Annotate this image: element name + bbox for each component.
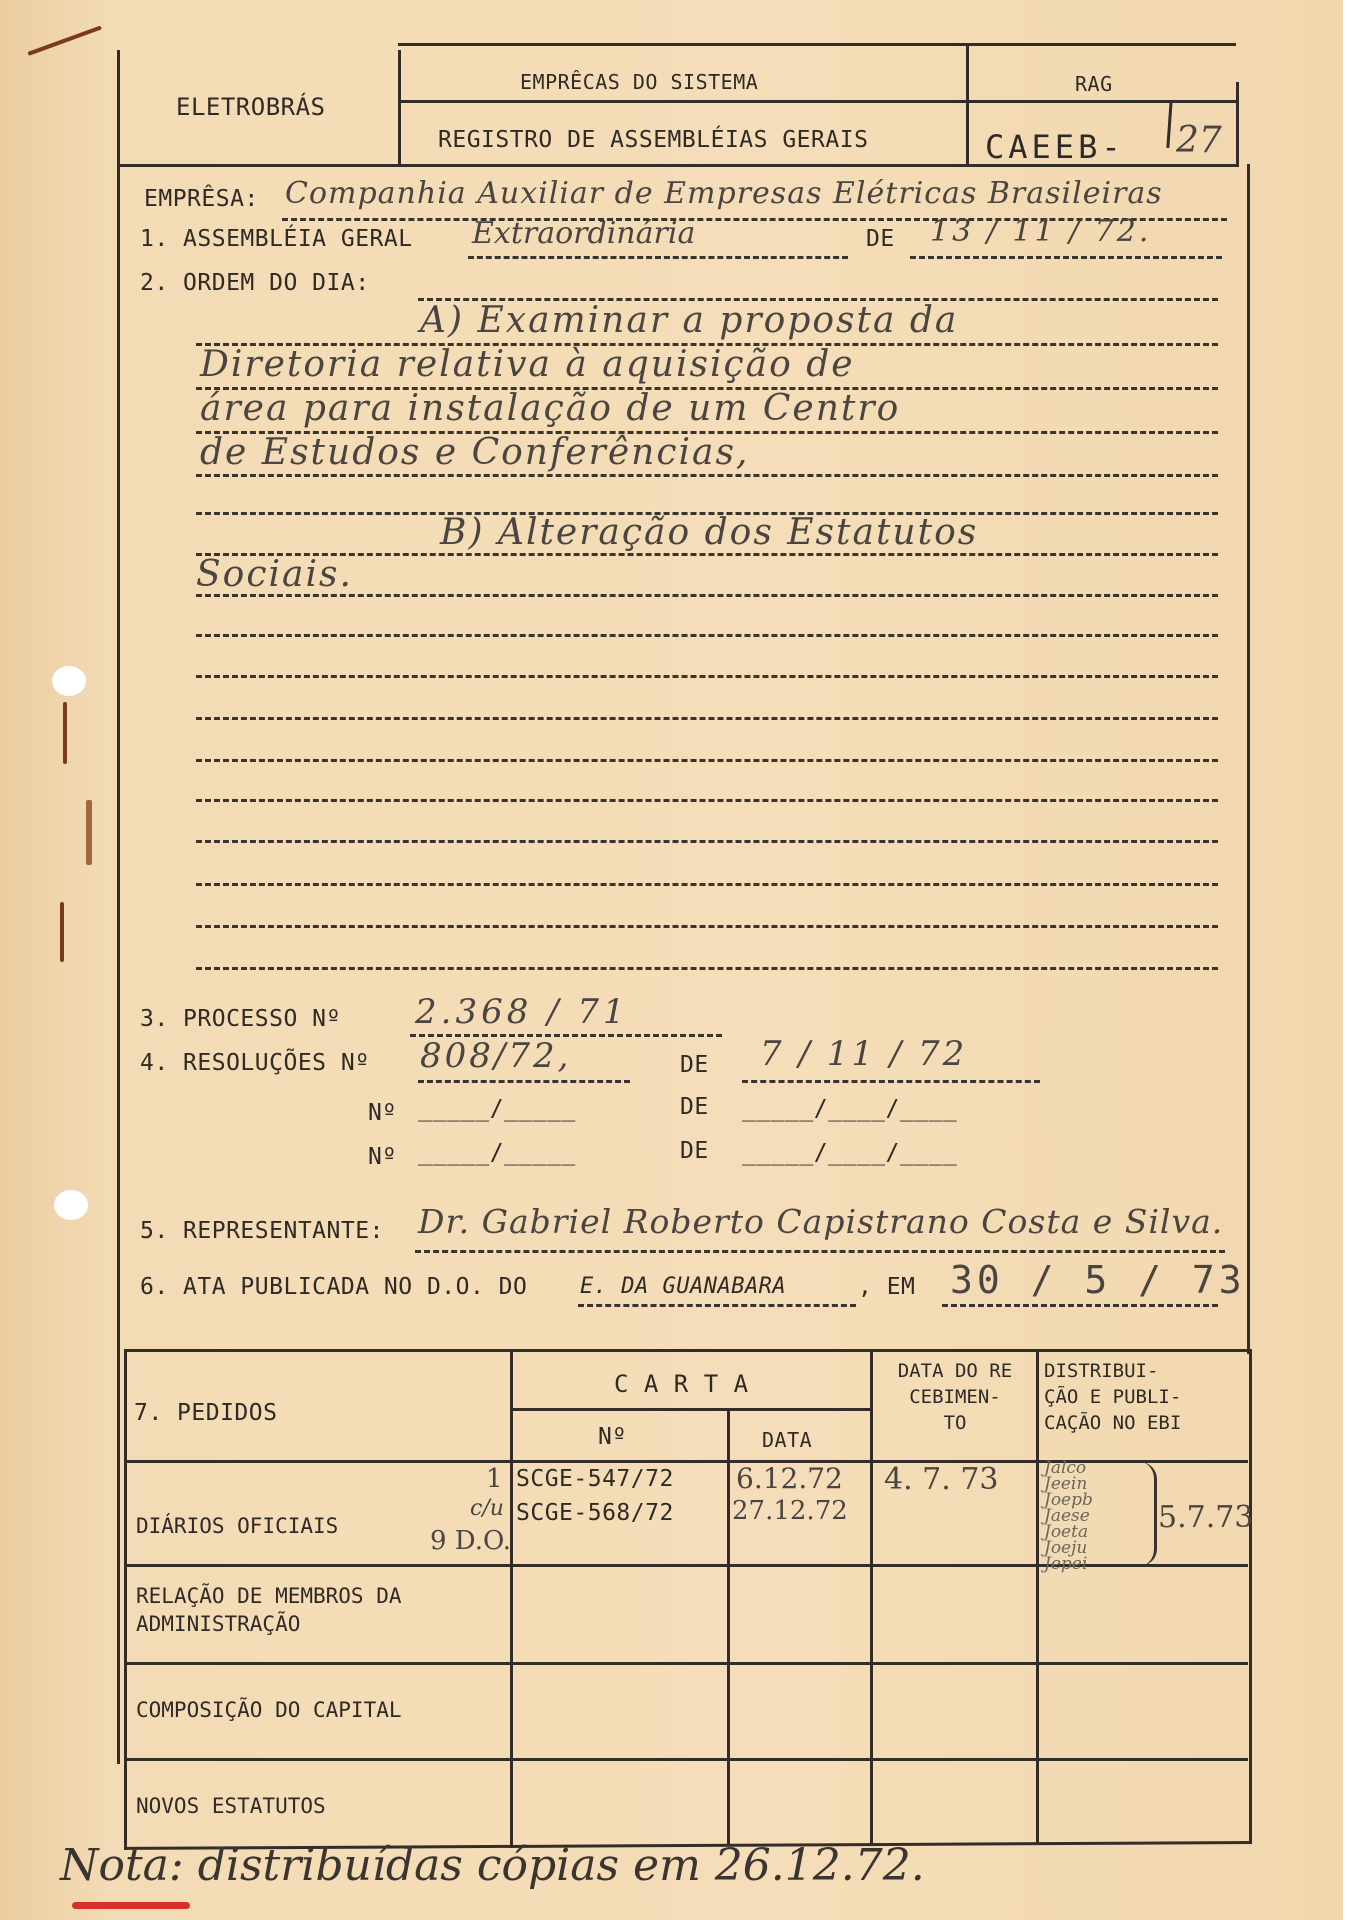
- carta-data-header: DATA: [762, 1428, 812, 1452]
- ata-date-underline: [942, 1304, 1218, 1307]
- ordem-line-4: de Estudos e Conferências,: [200, 432, 749, 473]
- ordem-line-5: B) Alteração dos Estatutos: [440, 512, 978, 553]
- resolucoes-label: 4. RESOLUÇÕES Nº: [140, 1050, 370, 1076]
- resolucao-2-no-label: Nº: [368, 1100, 397, 1126]
- resolucoes-value: 808/72,: [420, 1036, 571, 1076]
- ordem-line-6: Sociais.: [196, 554, 353, 595]
- diarios-annotation-3: 9 D.O.: [430, 1526, 511, 1556]
- ata-label: 6. ATA PUBLICADA NO D.O. DO: [140, 1274, 527, 1300]
- distribuicao-header: DISTRIBUI- ÇÃO E PUBLI- CAÇÃO NO EBI: [1044, 1358, 1248, 1436]
- representante-value: Dr. Gabriel Roberto Capistrano Costa e S…: [418, 1202, 1223, 1241]
- form-right-border: [1247, 164, 1250, 1354]
- processo-value: 2.368 / 71: [415, 992, 629, 1032]
- ordem-line-2: Diretoria relativa à aquisição de: [200, 344, 855, 385]
- carta-header: C A R T A: [614, 1370, 749, 1398]
- assembleia-underline: [468, 256, 848, 259]
- resolucoes-date: 7 / 11 / 72: [760, 1034, 967, 1074]
- punch-hole-bottom: [54, 1190, 88, 1220]
- carta-no-1: SCGE-547/72: [516, 1466, 674, 1492]
- resolucao-3-de-blank: _____/____/____: [742, 1140, 957, 1166]
- header-subtitle: EMPRÊCAS DO SISTEMA: [520, 70, 758, 94]
- scan-edge: [1343, 0, 1347, 1920]
- assembleia-label: 1. ASSEMBLÉIA GERAL: [140, 226, 413, 252]
- recebimento-date: 4. 7. 73: [884, 1462, 999, 1497]
- rust-mark: [86, 800, 92, 865]
- ata-em-label: , EM: [858, 1274, 915, 1300]
- resolucoes-date-underline: [742, 1080, 1040, 1083]
- carta-no-header: Nº: [598, 1424, 627, 1450]
- rust-mark: [60, 902, 64, 962]
- form-left-border: [117, 164, 120, 1764]
- empresa-value: Companhia Auxiliar de Empresas Elétricas…: [285, 176, 1163, 211]
- assembleia-type: Extraordinária: [472, 216, 695, 251]
- ordem-line-1: A) Examinar a proposta da: [420, 300, 958, 341]
- representante-underline: [415, 1250, 1225, 1253]
- pedidos-header: 7. PEDIDOS: [134, 1400, 277, 1426]
- rust-mark: [63, 702, 67, 764]
- rag-code-prefix: CAEEB-: [985, 128, 1125, 166]
- resolucao-2-no-blank: _____/_____: [418, 1096, 576, 1122]
- representante-label: 5. REPRESENTANTE:: [140, 1218, 384, 1244]
- assembleia-de-label: DE: [866, 226, 895, 252]
- row-relacao-membros-label: RELAÇÃO DE MEMBROS DA ADMINISTRAÇÃO: [136, 1582, 476, 1638]
- row-novos-estatutos-label: NOVOS ESTATUTOS: [136, 1792, 326, 1820]
- org-name: ELETROBRÁS: [176, 93, 326, 121]
- diarios-annotation-1: 1: [486, 1464, 503, 1494]
- punch-hole-top: [52, 666, 86, 696]
- rag-code-number: 27: [1176, 120, 1222, 161]
- recebimento-header: DATA DO RE CEBIMEN- TO: [876, 1358, 1034, 1436]
- distribuicao-bracket: [1140, 1462, 1157, 1566]
- resolucao-3-no-blank: _____/_____: [418, 1140, 576, 1166]
- empresa-label: EMPRÊSA:: [144, 186, 259, 212]
- resolucao-2-de-label: DE: [680, 1094, 709, 1120]
- carta-data-1: 6.12.72: [736, 1462, 843, 1495]
- footer-note: Nota: distribuídas cópias em 26.12.72.: [60, 1840, 925, 1891]
- resolucao-2-de-blank: _____/____/____: [742, 1096, 957, 1122]
- processo-label: 3. PROCESSO Nº: [140, 1006, 341, 1032]
- carta-data-2: 27.12.72: [732, 1496, 848, 1526]
- carta-no-2: SCGE-568/72: [516, 1500, 674, 1526]
- ordem-label: 2. ORDEM DO DIA:: [140, 270, 370, 296]
- rag-label: RAG: [1075, 72, 1113, 96]
- ata-date: 30 / 5 / 73: [950, 1258, 1246, 1302]
- resolucao-3-no-label: Nº: [368, 1144, 397, 1170]
- assembleia-date-underline: [910, 256, 1222, 259]
- header-title: REGISTRO DE ASSEMBLÉIAS GERAIS: [438, 127, 868, 153]
- distribuicao-list: Jalco Jeein Joepb Jaese Joeta Joeju Jepe…: [1044, 1460, 1148, 1572]
- red-underline-mark: [72, 1902, 190, 1909]
- distribuicao-date: 5.7.73: [1158, 1500, 1253, 1535]
- ordem-line-3: área para instalação de um Centro: [200, 388, 900, 429]
- assembleia-date: 13 / 11 / 72.: [930, 214, 1151, 249]
- row-composicao-capital-label: COMPOSIÇÃO DO CAPITAL: [136, 1696, 402, 1724]
- resolucao-3-de-label: DE: [680, 1138, 709, 1164]
- row-diarios-oficiais-label: DIÁRIOS OFICIAIS: [136, 1512, 338, 1540]
- resolucoes-underline: [418, 1080, 630, 1083]
- ata-value: E. DA GUANABARA: [580, 1274, 786, 1299]
- resolucoes-de-label: DE: [680, 1052, 709, 1078]
- ata-underline: [578, 1304, 856, 1307]
- diarios-annotation-2: c/u: [470, 1496, 504, 1521]
